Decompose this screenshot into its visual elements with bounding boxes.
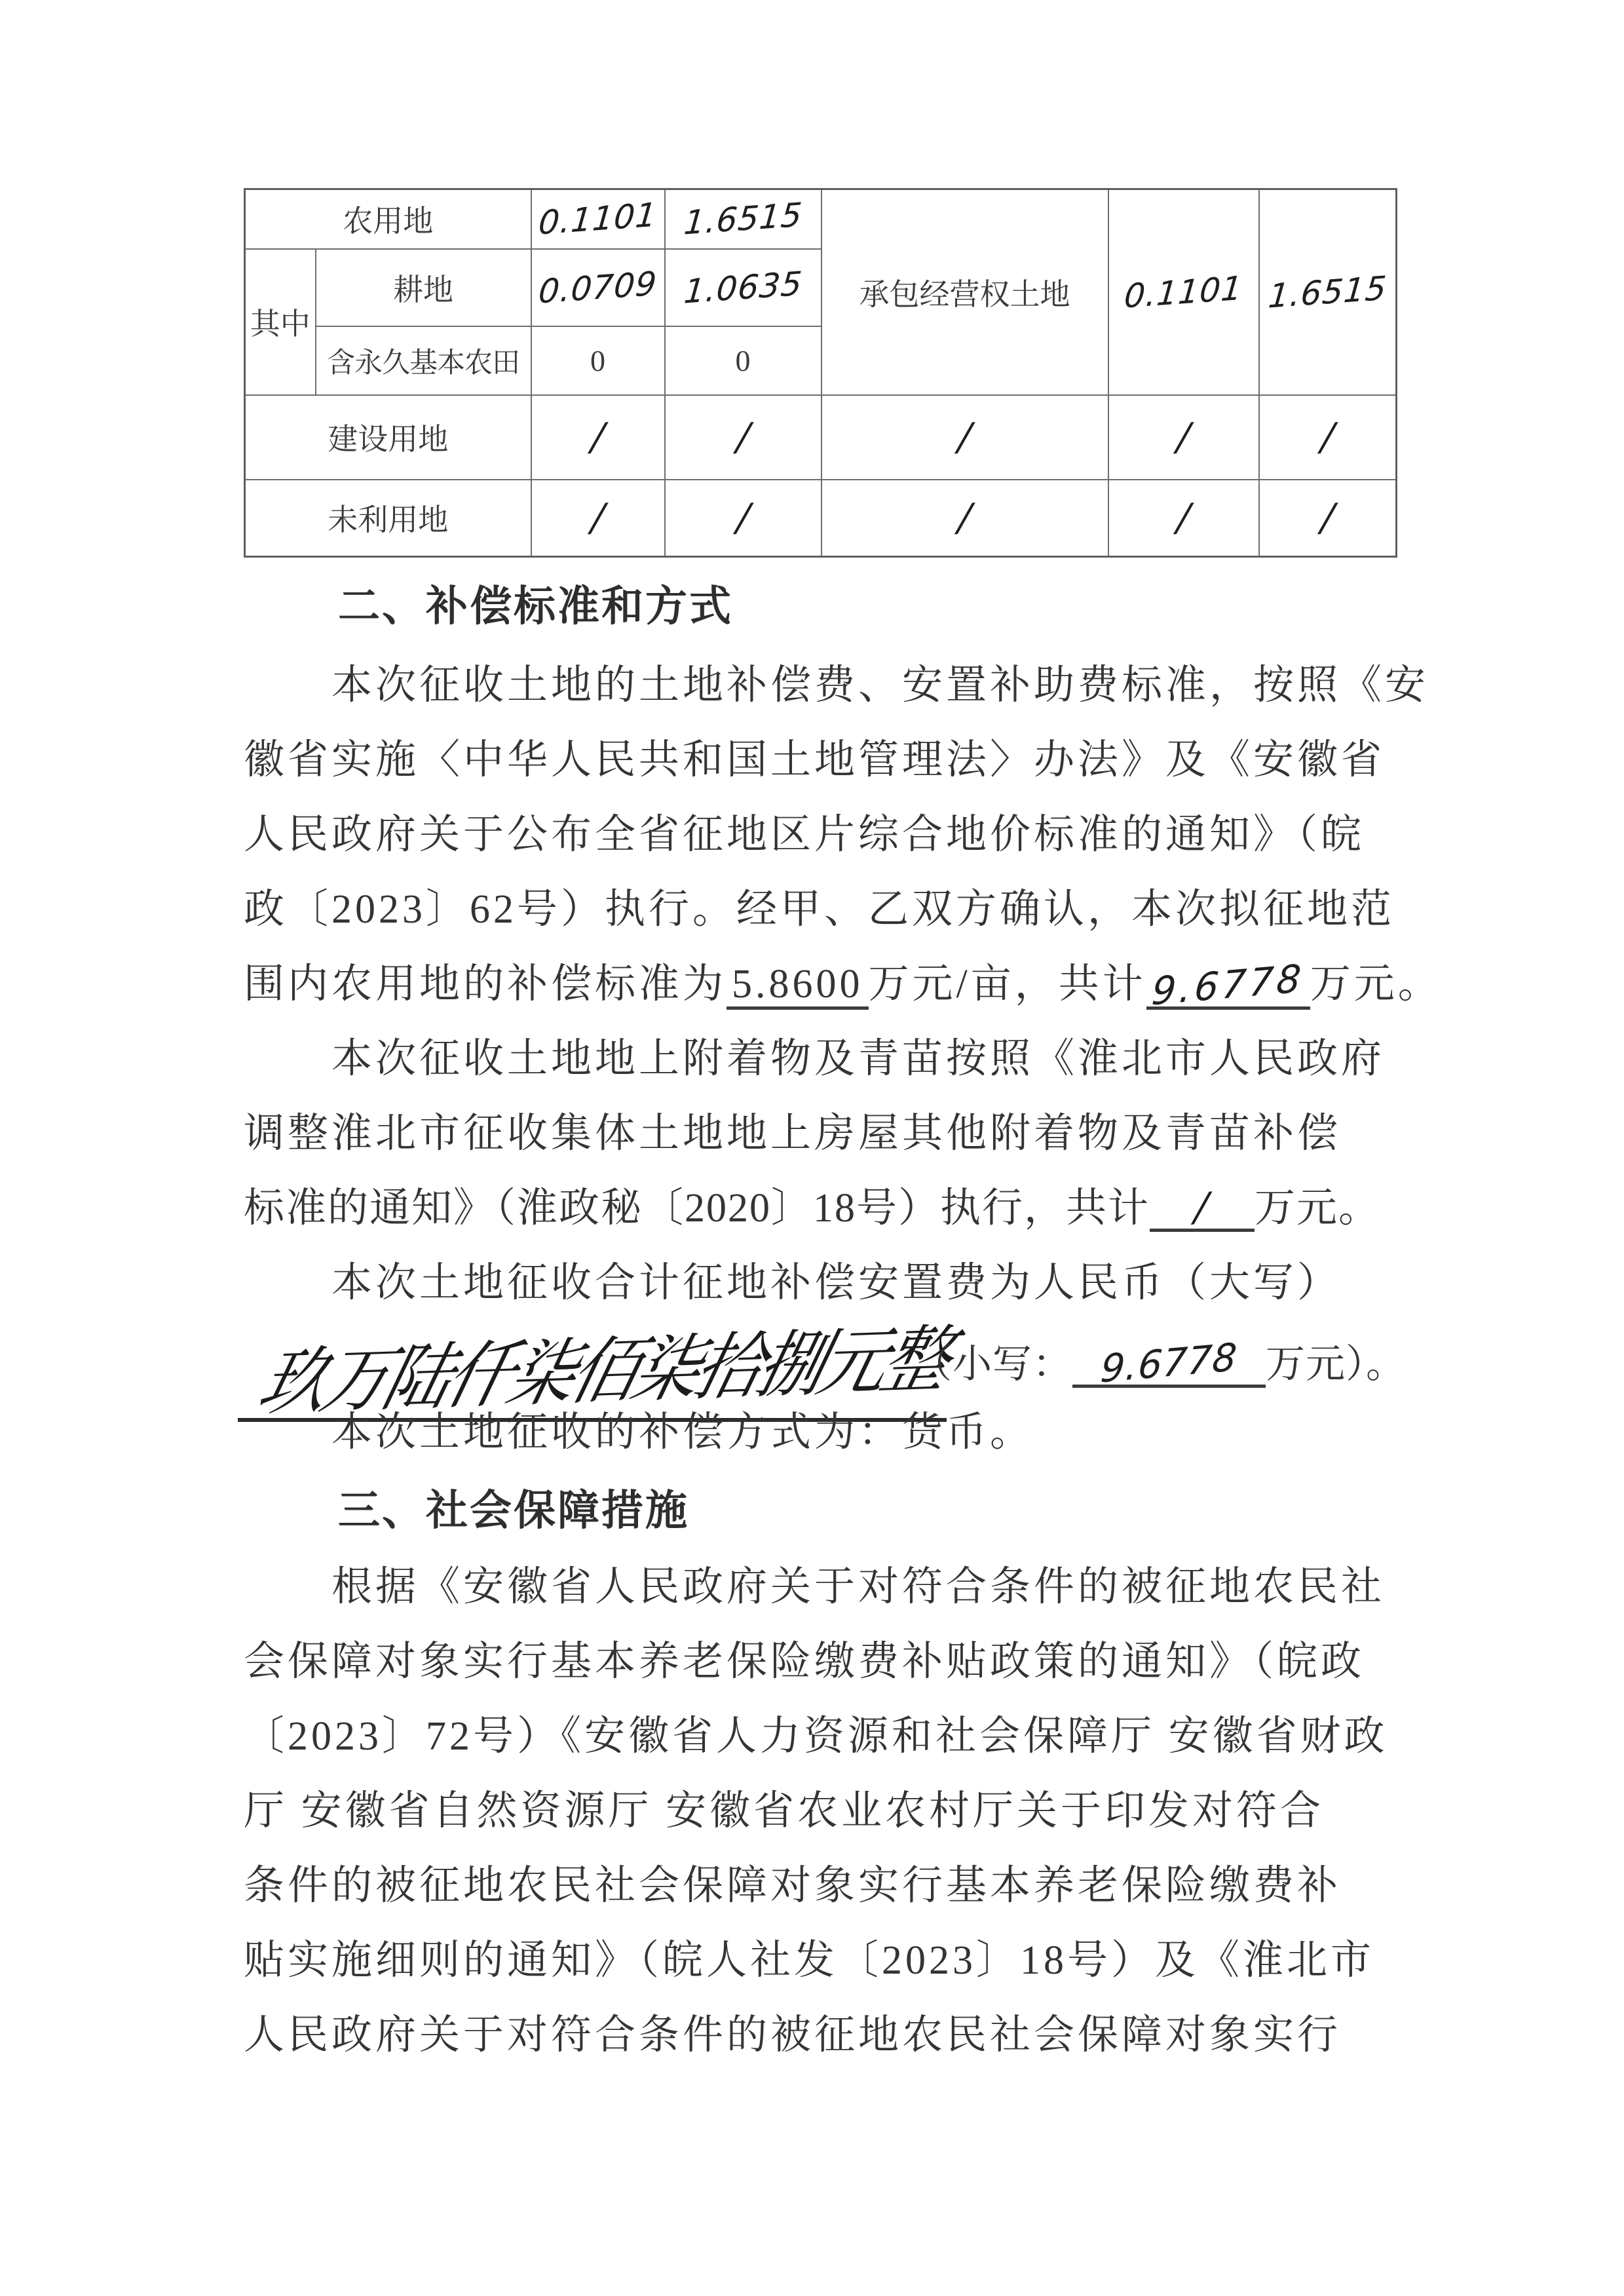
cell-gengdi-label: 耕地 bbox=[316, 249, 531, 326]
handwritten-slash: / bbox=[1175, 415, 1192, 459]
handwritten-value: 1.6515 bbox=[682, 196, 804, 242]
paragraph-line: 人民政府关于对符合条件的被征地农民社会保障对象实行 bbox=[244, 2012, 1341, 2059]
paragraph-line: 根据《安徽省人民政府关于对符合条件的被征地农民社 bbox=[331, 1563, 1385, 1611]
line-text: （小写： bbox=[913, 1343, 1072, 1386]
paragraph-line: 本次土地征收的补偿方式为：货币。 bbox=[331, 1409, 1034, 1456]
paragraph-line: 厅 安徽省自然资源厅 安徽省农业农村厅关于印发对符合 bbox=[244, 1788, 1324, 1835]
handwritten-value: 1.6515 bbox=[1266, 269, 1388, 315]
handwritten-slash: / bbox=[590, 415, 606, 459]
line-text: 万元）。 bbox=[1266, 1343, 1406, 1386]
jibennongtian-label: 含永久基本农田 bbox=[327, 348, 519, 379]
underline-blank: 9.6778 bbox=[1072, 1341, 1266, 1388]
jianshe-label: 建设用地 bbox=[328, 423, 448, 456]
cell-jianshe-2: / bbox=[665, 395, 821, 480]
cell-jianshe-1: / bbox=[531, 395, 665, 480]
cell-jianshe-4: / bbox=[1108, 395, 1259, 480]
handwritten-slash-amount: / bbox=[1193, 1185, 1211, 1230]
chengbao-label: 承包经营权土地 bbox=[859, 278, 1070, 311]
paragraph-line: 徽省实施〈中华人民共和国土地管理法〉办法》及《安徽省 bbox=[244, 737, 1385, 784]
underline-blank: 9.6778 bbox=[1146, 963, 1310, 1010]
cell-weiliyong-3: / bbox=[821, 480, 1108, 557]
weiliyong-label: 未利用地 bbox=[328, 503, 448, 537]
cell-nongyongdi-area1: 0.1101 bbox=[531, 189, 665, 249]
heading-section-2: 二、补偿标准和方式 bbox=[338, 582, 733, 630]
cell-nongyongdi-label: 农用地 bbox=[245, 189, 531, 249]
heading-section-3: 三、社会保障措施 bbox=[338, 1486, 689, 1535]
paragraph-line: 本次征收土地的土地补偿费、安置补助费标准，按照《安 bbox=[331, 662, 1429, 709]
handwritten-slash: / bbox=[590, 496, 606, 540]
handwritten-slash: / bbox=[1175, 496, 1192, 540]
paragraph-line: 本次征收土地地上附着物及青苗按照《淮北市人民政府 bbox=[331, 1035, 1385, 1082]
cell-weiliyong-1: / bbox=[531, 480, 665, 557]
cell-gengdi-area2: 1.0635 bbox=[665, 249, 821, 326]
cell-jibennongtian-area2: 0 bbox=[665, 326, 821, 395]
underlined-rate-value: 5.8600 bbox=[727, 962, 869, 1010]
cell-chengbao-area2: 1.6515 bbox=[1259, 189, 1397, 395]
capital-amount-underline: 玖万陆仟柒佰柒拾捌元整 bbox=[238, 1305, 947, 1422]
handwritten-slash: / bbox=[735, 496, 751, 540]
handwritten-value: 1.0635 bbox=[682, 264, 804, 311]
table-row: 建设用地 / / / / / bbox=[245, 395, 1397, 480]
cell-gengdi-area1: 0.0709 bbox=[531, 249, 665, 326]
handwritten-slash: / bbox=[735, 415, 751, 459]
cell-weiliyong-2: / bbox=[665, 480, 821, 557]
cell-jibennongtian-area1: 0 bbox=[531, 326, 665, 395]
paragraph-line: 贴实施细则的通知》（皖人社发〔2023〕18号）及《淮北市 bbox=[244, 1937, 1374, 1984]
numeric-amount-line: （小写：9.6778万元）。 bbox=[913, 1341, 1406, 1388]
handwritten-slash: / bbox=[1319, 496, 1336, 540]
paragraph-line-with-amounts: 围内农用地的补偿标准为5.8600万元/亩，共计9.6778万元。 bbox=[244, 961, 1442, 1010]
line-text: 万元。 bbox=[1310, 962, 1442, 1006]
cell-nongyongdi-area2: 1.6515 bbox=[665, 189, 821, 249]
qizhong-label: 其中 bbox=[250, 307, 311, 341]
handwritten-slash: / bbox=[956, 415, 973, 459]
paragraph-line: 〔2023〕72号）《安徽省人力资源和社会保障厅 安徽省财政 bbox=[244, 1713, 1388, 1760]
land-area-table: 农用地 0.1101 1.6515 承包经营权土地 0.1101 1.6515 … bbox=[244, 188, 1397, 558]
handwritten-value: 0.0709 bbox=[537, 264, 659, 311]
cell-jibennongtian-label: 含永久基本农田 bbox=[316, 326, 531, 395]
cell-jianshe-label: 建设用地 bbox=[245, 395, 531, 480]
line-text: 围内农用地的补偿标准为 bbox=[244, 962, 727, 1006]
cell-chengbao-label: 承包经营权土地 bbox=[821, 189, 1108, 395]
cell-jianshe-3: / bbox=[821, 395, 1108, 480]
handwritten-slash: / bbox=[956, 496, 973, 540]
scanned-document-page: 农用地 0.1101 1.6515 承包经营权土地 0.1101 1.6515 … bbox=[0, 0, 1624, 2296]
cell-jianshe-5: / bbox=[1259, 395, 1397, 480]
paragraph-line: 条件的被征地农民社会保障对象实行基本养老保险缴费补 bbox=[244, 1862, 1341, 1909]
cell-weiliyong-label: 未利用地 bbox=[245, 480, 531, 557]
underline-blank: / bbox=[1150, 1185, 1255, 1232]
cell-weiliyong-4: / bbox=[1108, 480, 1259, 557]
handwritten-value: 0.1101 bbox=[1123, 269, 1245, 315]
cell-qizhong: 其中 bbox=[245, 249, 316, 395]
paragraph-line: 调整淮北市征收集体土地地上房屋其他附着物及青苗补偿 bbox=[244, 1110, 1341, 1157]
table-row: 未利用地 / / / / / bbox=[245, 480, 1397, 557]
line-text: 万元。 bbox=[1255, 1186, 1380, 1231]
paragraph-line: 本次土地征收合计征地补偿安置费为人民币（大写） bbox=[331, 1259, 1341, 1307]
paragraph-line: 会保障对象实行基本养老保险缴费补贴政策的通知》（皖政 bbox=[244, 1638, 1365, 1685]
handwritten-value: 0.1101 bbox=[537, 196, 659, 242]
handwritten-numeric-amount: 9.6778 bbox=[1099, 1335, 1239, 1391]
cell-chengbao-area1: 0.1101 bbox=[1108, 189, 1259, 395]
line-text: 万元/亩，共计 bbox=[869, 962, 1146, 1006]
handwritten-total-amount: 9.6778 bbox=[1150, 956, 1306, 1013]
paragraph-line: 人民政府关于公布全省征地区片综合地价标准的通知》（皖 bbox=[244, 811, 1365, 858]
typed-value: 0 bbox=[590, 344, 605, 377]
nongyongdi-label: 农用地 bbox=[343, 204, 433, 238]
cell-weiliyong-5: / bbox=[1259, 480, 1397, 557]
table-row: 农用地 0.1101 1.6515 承包经营权土地 0.1101 1.6515 bbox=[245, 189, 1397, 249]
typed-value: 0 bbox=[736, 344, 751, 377]
paragraph-line: 政〔2023〕62号）执行。经甲、乙双方确认，本次拟征地范 bbox=[244, 886, 1395, 933]
gengdi-label: 耕地 bbox=[393, 273, 453, 307]
paragraph-line-with-amounts: 标准的通知》（淮政秘〔2020〕18号）执行，共计/万元。 bbox=[244, 1185, 1380, 1232]
handwritten-slash: / bbox=[1319, 415, 1336, 459]
line-text: 标准的通知》（淮政秘〔2020〕18号）执行，共计 bbox=[244, 1186, 1150, 1231]
